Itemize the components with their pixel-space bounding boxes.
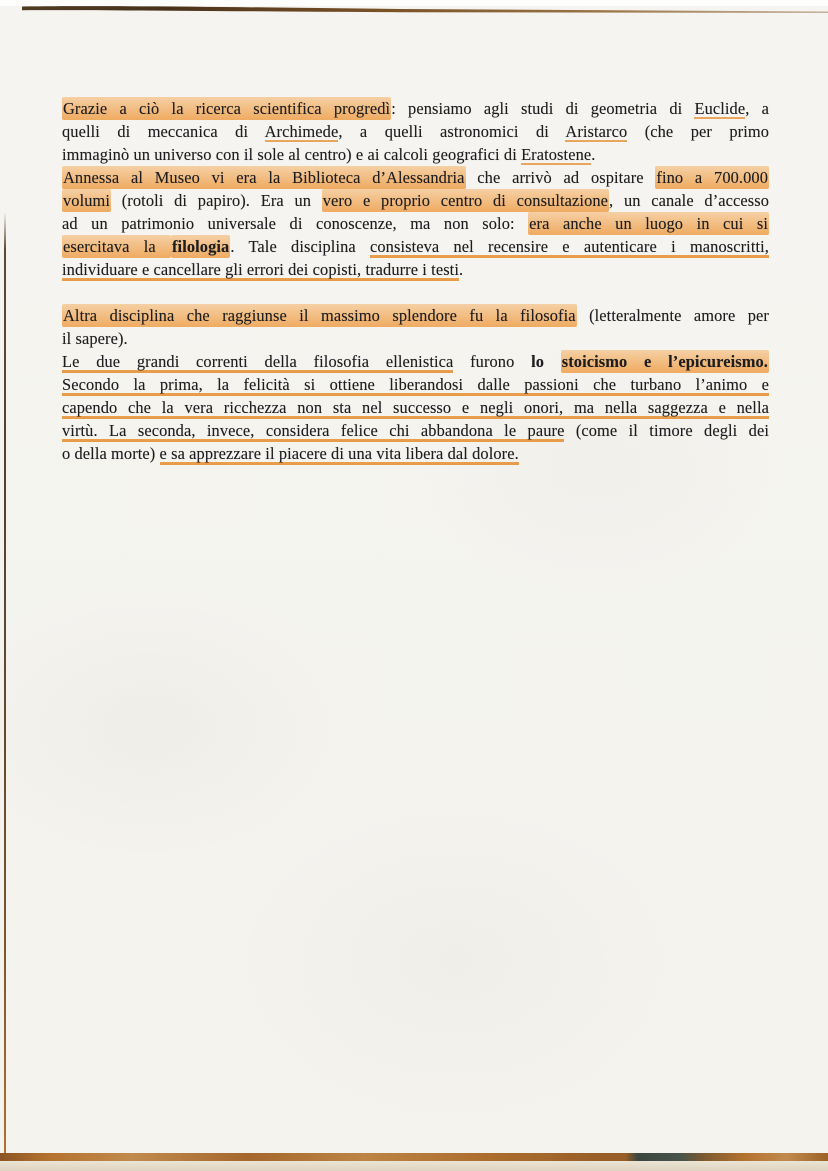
text-line: Grazie a ciò la ricerca scientifica prog… [62,97,769,120]
text-segment: (rotoli di papiro). Era un [111,191,322,210]
text-line: volumi (rotoli di papiro). Era un vero e… [62,189,769,212]
highlighted-text: Altra disciplina che raggiunse il massim… [62,304,577,327]
text-line: Secondo la prima, la felicità si ottiene… [62,373,769,396]
text-segment: . [591,145,595,164]
paragraph: Grazie a ciò la ricerca scientifica prog… [62,97,769,166]
highlighted-text: stoicismo e l’epicureismo. [561,350,769,373]
text-segment: furono [453,352,531,371]
text-segment: quelli di meccanica di [62,122,265,141]
document-text: Grazie a ciò la ricerca scientifica prog… [62,97,769,465]
text-line: virtù. La seconda, invece, considera fel… [62,419,769,442]
text-segment: (letteralmente amore per [577,306,769,325]
text-line: Altra disciplina che raggiunse il massim… [62,304,769,327]
underlined-text: virtù. La seconda, invece, considera fel… [62,421,564,442]
highlighted-text: filologia [171,235,230,258]
scan-margin-bottom [0,1161,828,1171]
text-segment: il sapere). [62,329,128,348]
underlined-text: individuare e cancellare gli errori dei … [62,260,459,281]
text-line: Le due grandi correnti della filosofia e… [62,350,769,373]
underlined-text: Euclide [694,99,745,119]
text-line: immaginò un universo con il sole al cent… [62,143,769,166]
scanned-page: Grazie a ciò la ricerca scientifica prog… [0,0,828,1171]
text-segment: che arrivò ad ospitare [466,168,656,187]
underlined-text: Archimede [265,122,339,142]
highlighted-text: volumi [62,189,111,212]
text-segment: immaginò un universo con il sole al cent… [62,145,521,164]
text-segment: (che per primo [627,122,769,141]
text-line: quelli di meccanica di Archimede, a quel… [62,120,769,143]
text-line: ad un patrimonio universale di conoscenz… [62,212,769,235]
text-segment: : pensiamo agli studi di geometria di [391,99,694,118]
text-segment: , un canale d’accesso [609,191,769,210]
text-line: il sapere). [62,327,769,350]
underlined-text: consisteva nel recensire e autenticare i… [370,237,769,258]
underlined-text: Eratostene [521,145,591,165]
text-line: o della morte) e sa apprezzare il piacer… [62,442,769,465]
page-top-edge-line [0,0,828,18]
text-segment: o della morte) [62,444,160,463]
text-segment: . [459,260,463,279]
text-segment: lo [531,352,561,371]
highlighted-text: era anche un luogo in cui si [528,212,769,235]
highlighted-text: Grazie a ciò la ricerca scientifica prog… [62,97,391,120]
underlined-text: Aristarco [565,122,627,142]
paragraph: Altra disciplina che raggiunse il massim… [62,304,769,350]
highlighted-text: Annessa al Museo vi era la Biblioteca d’… [62,166,466,189]
highlighted-text: vero e proprio centro di consultazione [322,189,609,212]
highlighted-text: fino a 700.000 [655,166,769,189]
text-segment: . Tale disciplina [230,237,370,256]
text-line: esercitava la filologia. Tale disciplina… [62,235,769,258]
page-left-edge-line [4,212,6,1160]
text-segment: , a quelli astronomici di [338,122,565,141]
highlighted-text: esercitava la [62,235,171,258]
paragraph: Annessa al Museo vi era la Biblioteca d’… [62,166,769,281]
text-segment: (come il timore degli dei [564,421,769,440]
underlined-text: capendo che la vera ricchezza non sta ne… [62,398,769,419]
underlined-text: Le due grandi correnti della filosofia e… [62,352,453,373]
paragraph: Le due grandi correnti della filosofia e… [62,350,769,465]
text-line: capendo che la vera ricchezza non sta ne… [62,396,769,419]
underlined-text: Secondo la prima, la felicità si ottiene… [62,375,769,396]
page-bottom-edge-line [0,1153,828,1161]
text-line: Annessa al Museo vi era la Biblioteca d’… [62,166,769,189]
underlined-text: e sa apprezzare il piacere di una vita l… [160,444,519,465]
text-line: individuare e cancellare gli errori dei … [62,258,769,281]
text-segment: , a [745,99,769,118]
top-edge-stroke [0,0,828,18]
text-segment: ad un patrimonio universale di conoscenz… [62,214,528,233]
